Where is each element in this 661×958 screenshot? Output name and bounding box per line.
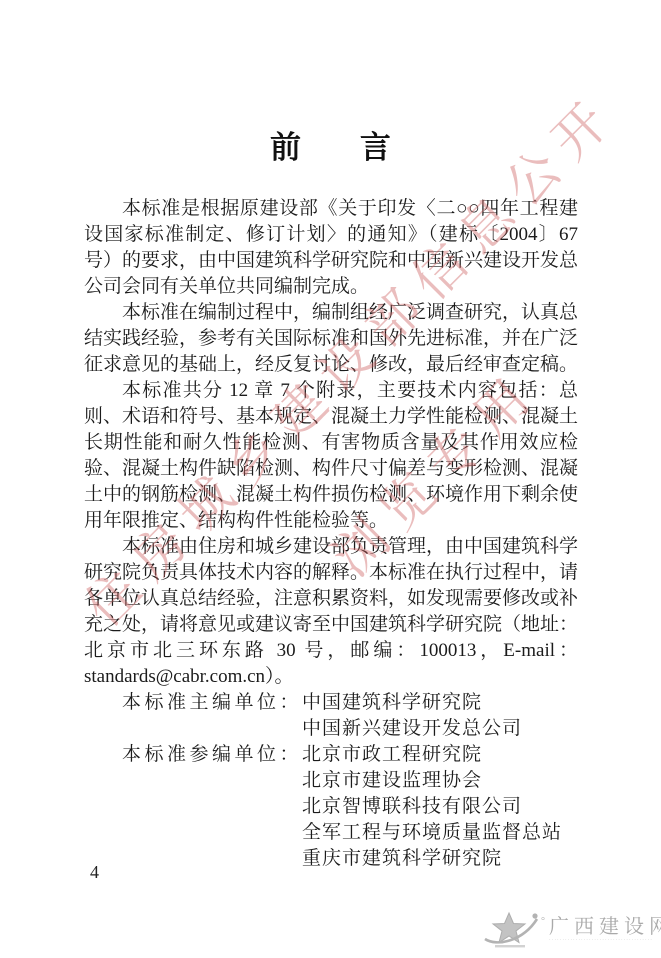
document-page: 前言 本标准是根据原建设部《关于印发〈二○○四年工程建设国家标准制定、修订计划〉… [0,0,661,958]
participating-unit: 重庆市建筑科学研究院 [302,846,578,872]
chief-editor-unit: 中国新兴建设开发总公司 [302,716,578,742]
publisher-logo: ° 广西建设网 ································… [483,906,655,954]
preface-paragraphs: 本标准是根据原建设部《关于印发〈二○○四年工程建设国家标准制定、修订计划〉的通知… [84,196,578,690]
page-number: 4 [90,862,99,883]
participating-unit: 全军工程与环境质量监督总站 [302,820,578,846]
logo-name: 广西建设网 [549,916,661,938]
chief-editor-row: 本标准主编单位： 中国建筑科学研究院中国新兴建设开发总公司 [84,690,578,742]
document-body: 本标准是根据原建设部《关于印发〈二○○四年工程建设国家标准制定、修订计划〉的通知… [84,196,578,872]
participating-units: 北京市政工程研究院北京市建设监理协会北京智博联科技有限公司全军工程与环境质量监督… [302,742,578,872]
page-title: 前言 [0,128,661,168]
logo-text-block: 广西建设网 ··································… [545,916,661,944]
paragraph: 本标准是根据原建设部《关于印发〈二○○四年工程建设国家标准制定、修订计划〉的通知… [84,196,578,300]
participating-unit: 北京市建设监理协会 [302,768,578,794]
participating-unit: 北京智博联科技有限公司 [302,794,578,820]
logo-tagline: ········································… [549,938,653,944]
participating-label: 本标准参编单位： [122,742,302,768]
chief-editor-unit: 中国建筑科学研究院 [302,690,578,716]
paragraph: 本标准共分 12 章 7 个附录，主要技术内容包括：总则、术语和符号、基本规定、… [84,378,578,534]
participating-unit: 北京市政工程研究院 [302,742,578,768]
star-swoosh-logo-icon [483,907,541,953]
paragraph: 本标准在编制过程中，编制组经广泛调查研究，认真总结实践经验，参考有关国际标准和国… [84,300,578,378]
paragraph: 本标准由住房和城乡建设部负责管理，由中国建筑科学研究院负责具体技术内容的解释。本… [84,534,578,690]
chief-editor-label: 本标准主编单位： [122,690,302,716]
chief-editor-units: 中国建筑科学研究院中国新兴建设开发总公司 [302,690,578,742]
participating-row: 本标准参编单位： 北京市政工程研究院北京市建设监理协会北京智博联科技有限公司全军… [84,742,578,872]
